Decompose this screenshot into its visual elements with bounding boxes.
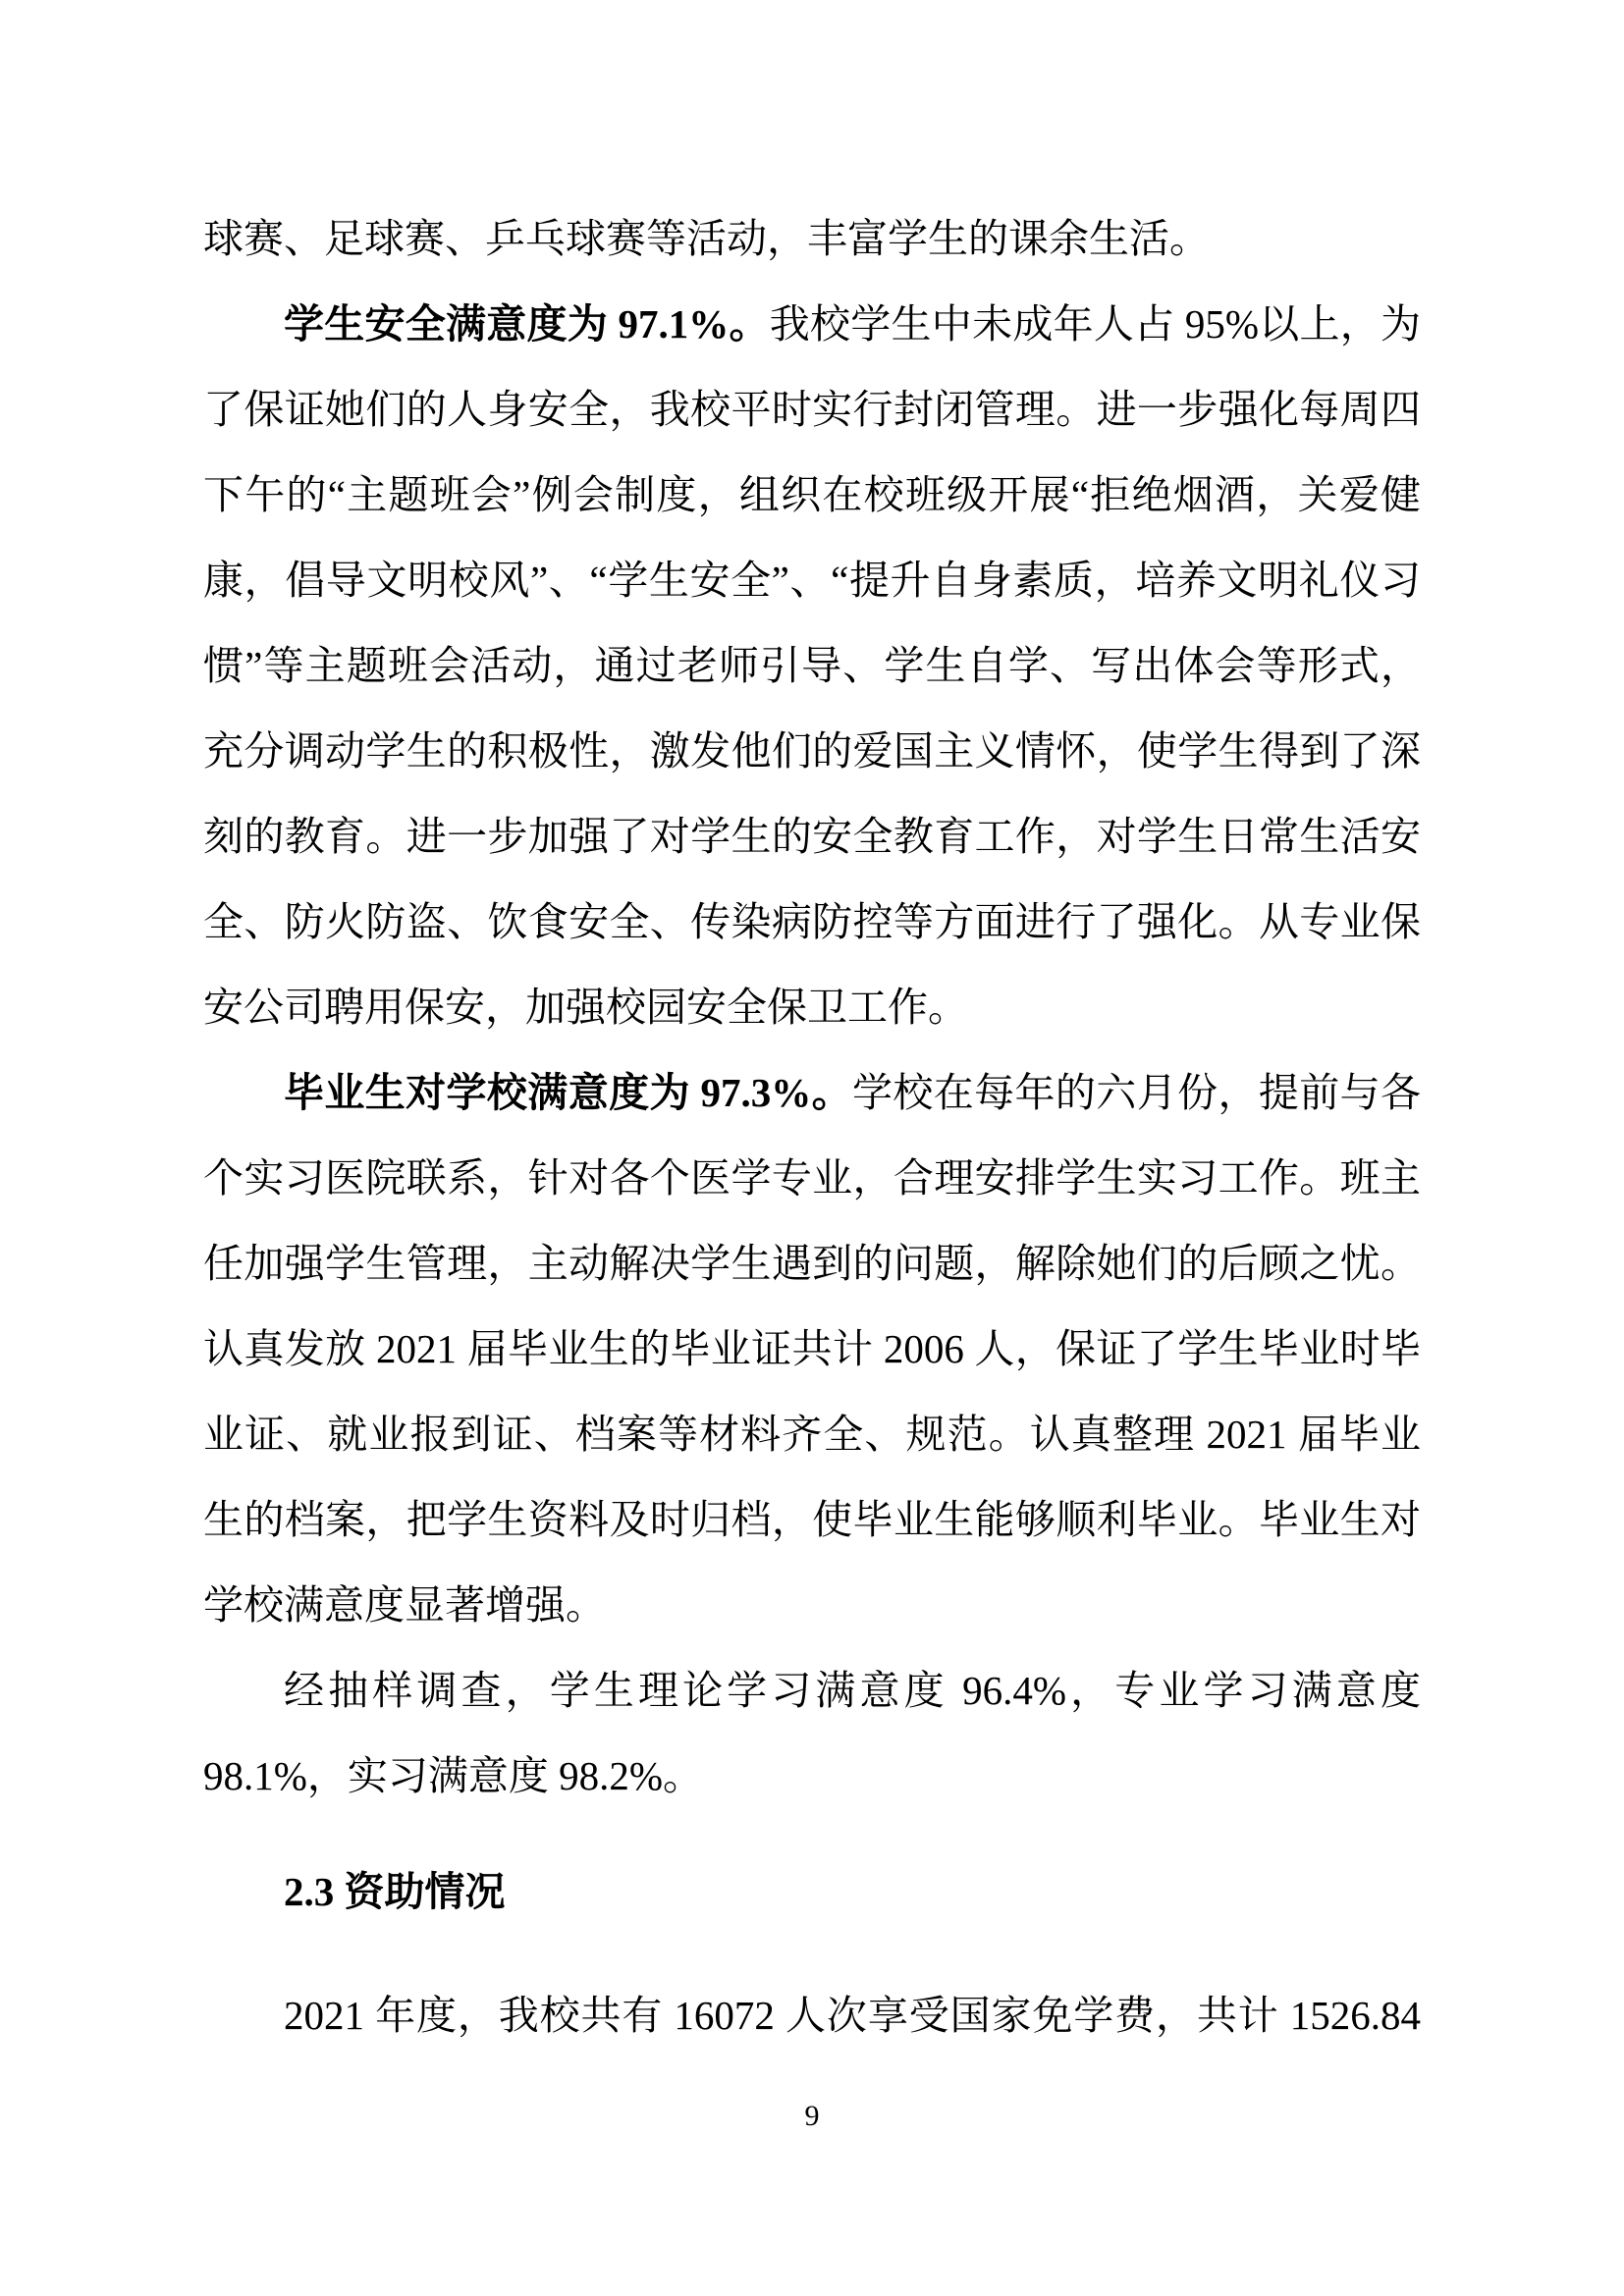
paragraph-text: 2021 年度，我校共有 16072 人次享受国家免学费，共计 1526.84 xyxy=(284,1993,1421,2038)
paragraph-extracurricular: 球赛、足球赛、乒乓球赛等活动，丰富学生的课余生活。 xyxy=(203,196,1421,282)
section-heading: 2.3 资助情况 xyxy=(203,1849,1421,1935)
page-number: 9 xyxy=(0,2099,1624,2134)
page-content: 球赛、足球赛、乒乓球赛等活动，丰富学生的课余生活。 学生安全满意度为 97.1%… xyxy=(203,196,1421,2058)
document-page: 球赛、足球赛、乒乓球赛等活动，丰富学生的课余生活。 学生安全满意度为 97.1%… xyxy=(0,0,1624,2296)
paragraph-text: 球赛、足球赛、乒乓球赛等活动，丰富学生的课余生活。 xyxy=(203,216,1210,261)
paragraph-text: 经抽样调查，学生理论学习满意度 96.4%，专业学习满意度 98.1%，实习满意… xyxy=(203,1668,1421,1798)
paragraph-funding: 2021 年度，我校共有 16072 人次享受国家免学费，共计 1526.84 xyxy=(203,1973,1421,2058)
paragraph-text: 我校学生中未成年人占 95%以上，为了保证她们的人身安全，我校平时实行封闭管理。… xyxy=(203,301,1421,1030)
paragraph-graduate-satisfaction: 毕业生对学校满意度为 97.3%。学校在每年的六月份，提前与各个实习医院联系，针… xyxy=(203,1050,1421,1648)
paragraph-safety-satisfaction: 学生安全满意度为 97.1%。我校学生中未成年人占 95%以上，为了保证她们的人… xyxy=(203,282,1421,1050)
paragraph-text: 学校在每年的六月份，提前与各个实习医院联系，针对各个医学专业，合理安排学生实习工… xyxy=(203,1070,1421,1628)
paragraph-survey-results: 经抽样调查，学生理论学习满意度 96.4%，专业学习满意度 98.1%，实习满意… xyxy=(203,1648,1421,1819)
bold-lead-graduate: 毕业生对学校满意度为 97.3%。 xyxy=(284,1070,852,1115)
bold-lead-safety: 学生安全满意度为 97.1%。 xyxy=(284,301,770,347)
